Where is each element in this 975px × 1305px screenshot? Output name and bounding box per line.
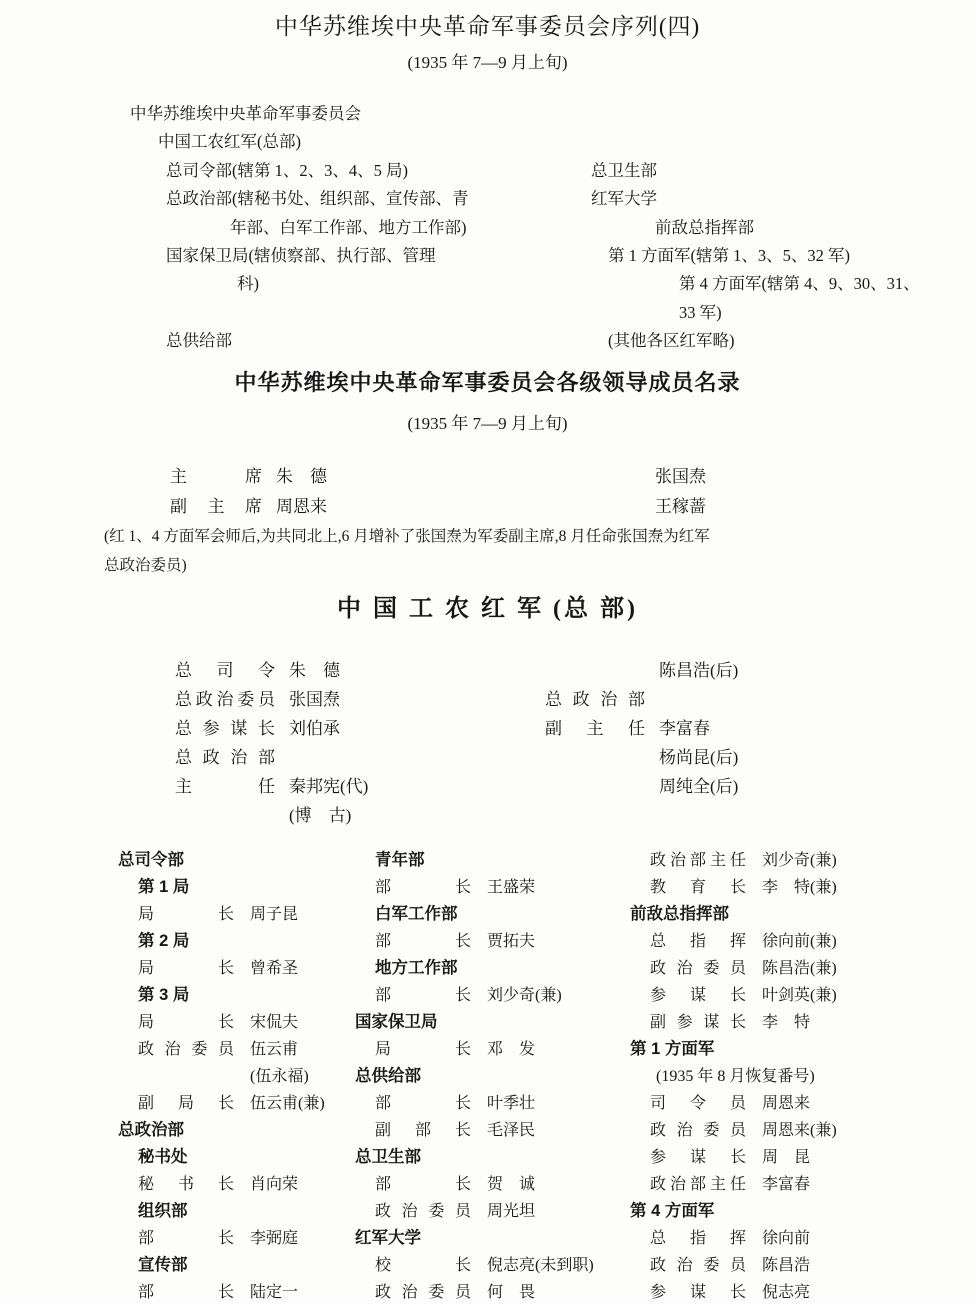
hq-row: 周纯全(后) [545,772,738,801]
roster-post-label: 部 长 [138,1279,234,1305]
org-row: 中华苏维埃中央革命军事委员会 [105,100,935,128]
footnote-line: 总政治委员) [104,551,914,580]
roster-person-name: 贺 诚 [487,1176,535,1193]
roster-post-label: 教 育 长 [650,874,746,901]
roster-column-2: 青年部部 长王盛荣白军工作部部 长贾拓夫地方工作部部 长刘少奇(兼)国家保卫局局… [355,847,627,1305]
hq-person-name: 张国焘 [289,690,340,709]
hq-person-name: 朱 德 [289,661,340,680]
roster-post-label: 局 长 [138,1009,234,1036]
org-right-text: 总卫生部 [591,157,935,185]
org-right-text [583,128,935,156]
roster-entry: 司 令 员周恩来 [630,1090,965,1117]
hq-section-heading: 总 政 治 部 [175,743,275,772]
roster-person-name: 叶剑英(兼) [762,987,837,1004]
roster-post-label: 政 治 委 员 [138,1036,234,1063]
hq-right-column: 陈昌浩(后)总 政 治 部副 主 任李富春杨尚昆(后)周纯全(后) [545,656,738,801]
roster-post-label: 部 长 [375,1171,471,1198]
roster-post-label: 参 谋 长 [650,982,746,1009]
roster-person-name: 陈昌浩(兼) [762,960,837,977]
roster-post-label: 局 长 [375,1036,471,1063]
roster-post-label: 部 长 [375,928,471,955]
roster-subsection-heading: 秘书处 [118,1144,353,1171]
roster-entry: 副 参 谋 长李 特 [630,1009,965,1036]
roster-person-name: 邓 发 [487,1041,535,1058]
roster-post-label: 秘 书 长 [138,1171,234,1198]
roster-title: 中华苏维埃中央革命军事委员会各级领导成员名录 [0,366,975,397]
roster-subsection-heading: 地方工作部 [355,955,627,982]
roster-section-heading: 国家保卫局 [355,1009,627,1036]
org-right-text: 红军大学 [591,185,935,213]
roster-person-name: 刘少奇(兼) [487,987,562,1004]
roster-post-label: 政 治 委 员 [650,1117,746,1144]
hq-left-column: 总 司 令朱 德总政治委员张国焘总 参 谋 长刘伯承总 政 治 部主 任秦邦宪(… [175,656,368,830]
org-row: 中国工农红军(总部) [105,128,935,156]
leader-right-name: 张国焘 [655,462,706,492]
roster-entry: 政 治 委 员伍云甫 [118,1036,353,1063]
roster-subsection-heading: 第 3 局 [118,982,353,1009]
roster-post-label: 部 长 [375,874,471,901]
leader-name: 周恩来 [276,497,327,516]
org-row: 国家保卫局(辖侦察部、执行部、管理第 1 方面军(辖第 1、3、5、32 军) [105,242,935,270]
roster-person-name: 李富春 [762,1176,810,1193]
roster-entry: 政 治 委 员何 畏 [355,1279,627,1305]
chairman-list: 主 席朱 德副 主 席周恩来 [170,462,327,522]
org-left-text: 年部、白军工作部、地方工作部) [105,214,655,242]
roster-entry: 部 长李弼庭 [118,1225,353,1252]
roster-person-name: 倪志亮(未到职) [487,1257,594,1274]
hq-row: (博 古) [175,801,368,830]
roster-post-label: 总 指 挥 [650,928,746,955]
roster-person-name: 李 特(兼) [762,879,837,896]
org-left-text: 中国工农红军(总部) [105,128,583,156]
roster-person-name: 周恩来(兼) [762,1122,837,1139]
footnote: (红 1、4 方面军会师后,为共同北上,6 月增补了张国焘为军委副主席,8 月任… [104,522,914,580]
roster-person-name: 宋侃夫 [250,1014,298,1031]
leader-row: 副 主 席周恩来 [170,492,327,522]
org-left-text: 中华苏维埃中央革命军事委员会 [105,100,555,128]
roster-person-name: 王盛荣 [487,879,535,896]
roster-person-name: 李 特 [762,1014,810,1031]
hq-person-name: 秦邦宪(代) [289,777,368,796]
roster-entry: 参 谋 长叶剑英(兼) [630,982,965,1009]
roster-post-label: 局 长 [138,901,234,928]
roster-person-name: 徐向前 [762,1230,810,1247]
org-right-text [555,100,935,128]
roster-post-label: 局 长 [138,955,234,982]
roster-entry: 局 长邓 发 [355,1036,627,1063]
hq-row: 总 政 治 部 [175,743,368,772]
roster-post-label: 政 治 委 员 [375,1279,471,1305]
roster-person-name: 李弼庭 [250,1230,298,1247]
org-hierarchy-list: 中华苏维埃中央革命军事委员会中国工农红军(总部)总司令部(辖第 1、2、3、4、… [105,100,935,356]
hq-row: 主 任秦邦宪(代) [175,772,368,801]
roster-section-heading: 第 1 方面军 [630,1036,965,1063]
roster-person-name: 周恩来 [762,1095,810,1112]
hq-person-name: 陈昌浩(后) [659,661,738,680]
roster-subsection-heading: 第 1 局 [118,874,353,901]
roster-post-label: 参 谋 长 [650,1144,746,1171]
roster-entry: 参 谋 长倪志亮 [630,1279,965,1305]
roster-entry: 政 治 委 员陈昌浩(兼) [630,955,965,982]
hq-section-title: 中 国 工 农 红 军 (总 部) [0,588,975,623]
roster-entry: 副 部 长毛泽民 [355,1117,627,1144]
roster-person-name: 陈昌浩 [762,1257,810,1274]
roster-entry: 总 指 挥徐向前 [630,1225,965,1252]
roster-section-heading: 前敌总指挥部 [630,901,965,928]
leader-name: 朱 德 [276,467,327,486]
roster-subsection-heading: 组织部 [118,1198,353,1225]
roster-entry: 部 长陆定一 [118,1279,353,1305]
roster-post-label: 部 长 [375,982,471,1009]
roster-post-label: 政 治 委 员 [650,1252,746,1279]
org-right-text: 第 1 方面军(辖第 1、3、5、32 军) [591,242,935,270]
hq-post-label: 副 主 任 [545,714,645,743]
roster-post-label: 参 谋 长 [650,1279,746,1305]
hq-post-label: 总政治委员 [175,685,275,714]
roster-entry: 部 长王盛荣 [355,874,627,901]
hq-row: 副 主 任李富春 [545,714,738,743]
roster-person-name: 毛泽民 [487,1122,535,1139]
hq-person-name: (博 古) [289,806,351,825]
roster-person-name: 徐向前(兼) [762,933,837,950]
roster-entry: 部 长贺 诚 [355,1171,627,1198]
roster-entry: 参 谋 长周 昆 [630,1144,965,1171]
hq-section-heading: 总 政 治 部 [545,685,645,714]
leader-title-label: 副 主 席 [170,492,262,522]
roster-person-name: 肖向荣 [250,1176,298,1193]
roster-entry: 部 长叶季壮 [355,1090,627,1117]
org-row: 科)第 4 方面军(辖第 4、9、30、31、33 军) [105,270,935,327]
roster-post-label: 政治部主任 [650,847,746,874]
roster-section-heading: 总供给部 [355,1063,627,1090]
org-left-text: 总司令部(辖第 1、2、3、4、5 局) [105,157,591,185]
roster-entry: 部 长刘少奇(兼) [355,982,627,1009]
org-row: 总司令部(辖第 1、2、3、4、5 局)总卫生部 [105,157,935,185]
org-right-text: 第 4 方面军(辖第 4、9、30、31、33 军) [662,270,935,327]
hq-post-label: 主 任 [175,772,275,801]
roster-section-heading: 第 4 方面军 [630,1198,965,1225]
roster-entry: 局 长宋侃夫 [118,1009,353,1036]
roster-continuation-name: (伍永福) [118,1063,353,1090]
roster-entry: 政治部主任李富春 [630,1171,965,1198]
hq-row: 杨尚昆(后) [545,743,738,772]
roster-post-label: 总 指 挥 [650,1225,746,1252]
org-left-text: 国家保卫局(辖侦察部、执行部、管理 [105,242,591,270]
roster-post-label: 部 长 [138,1225,234,1252]
hq-person-name: 杨尚昆(后) [659,748,738,767]
page-title: 中华苏维埃中央革命军事委员会序列(四) [0,8,975,41]
roster-section-heading: 总卫生部 [355,1144,627,1171]
roster-person-name: 伍云甫(兼) [250,1095,325,1112]
roster-post-label: 校 长 [375,1252,471,1279]
roster-post-label: 政 治 委 员 [650,955,746,982]
roster-subsection-heading: 宣传部 [118,1252,353,1279]
roster-note: (1935 年 8 月恢复番号) [630,1063,965,1090]
footnote-line: (红 1、4 方面军会师后,为共同北上,6 月增补了张国焘为军委副主席,8 月任… [104,522,914,551]
roster-entry: 局 长曾希圣 [118,955,353,982]
leader-row: 主 席朱 德 [170,462,327,492]
roster-post-label: 政治部主任 [650,1171,746,1198]
page-subtitle-date: (1935 年 7—9 月上旬) [0,48,975,73]
roster-entry: 政治部主任刘少奇(兼) [630,847,965,874]
roster-post-label: 部 长 [375,1090,471,1117]
roster-column-3: 政治部主任刘少奇(兼)教 育 长李 特(兼)前敌总指挥部总 指 挥徐向前(兼)政… [630,847,965,1305]
roster-section-heading: 总政治部 [118,1117,353,1144]
roster-entry: 校 长倪志亮(未到职) [355,1252,627,1279]
roster-person-name: 曾希圣 [250,960,298,977]
roster-post-label: 副 参 谋 长 [650,1009,746,1036]
document-page: 中华苏维埃中央革命军事委员会序列(四) (1935 年 7—9 月上旬) 中华苏… [0,0,975,1305]
hq-person-name: 刘伯承 [289,719,340,738]
roster-subsection-heading: 青年部 [355,847,627,874]
org-row: 总供给部(其他各区红军略) [105,327,935,355]
roster-person-name: 周光坦 [487,1203,535,1220]
hq-post-label: 总 参 谋 长 [175,714,275,743]
roster-subsection-heading: 白军工作部 [355,901,627,928]
roster-subtitle-date: (1935 年 7—9 月上旬) [0,409,975,434]
hq-row: 总政治委员张国焘 [175,685,368,714]
roster-column-1: 总司令部第 1 局局 长周子昆第 2 局局 长曾希圣第 3 局局 长宋侃夫政 治… [118,847,353,1305]
roster-entry: 总 指 挥徐向前(兼) [630,928,965,955]
roster-person-name: 贾拓夫 [487,933,535,950]
org-right-text: 前敌总指挥部 [655,214,935,242]
hq-row: 总 政 治 部 [545,685,738,714]
roster-section-heading: 总司令部 [118,847,353,874]
roster-person-name: 何 畏 [487,1284,535,1301]
roster-post-label: 副 部 长 [375,1117,471,1144]
roster-section-heading: 红军大学 [355,1225,627,1252]
hq-row: 总 司 令朱 德 [175,656,368,685]
roster-entry: 政 治 委 员周恩来(兼) [630,1117,965,1144]
leader-title-label: 主 席 [170,462,262,492]
roster-person-name: 陆定一 [250,1284,298,1301]
hq-person-name: 周纯全(后) [659,777,738,796]
roster-person-name: 倪志亮 [762,1284,810,1301]
roster-entry: 政 治 委 员陈昌浩 [630,1252,965,1279]
roster-entry: 教 育 长李 特(兼) [630,874,965,901]
roster-person-name: 叶季壮 [487,1095,535,1112]
org-left-text: 总政治部(辖秘书处、组织部、宣传部、青 [105,185,591,213]
roster-post-label: 司 令 员 [650,1090,746,1117]
roster-person-name: 伍云甫 [250,1041,298,1058]
hq-row: 总 参 谋 长刘伯承 [175,714,368,743]
roster-subsection-heading: 第 2 局 [118,928,353,955]
roster-entry: 政 治 委 员周光坦 [355,1198,627,1225]
leader-right-name: 王稼蔷 [655,492,706,522]
hq-person-name: 李富春 [659,719,710,738]
hq-row: 陈昌浩(后) [545,656,738,685]
roster-entry: 局 长周子昆 [118,901,353,928]
roster-person-name: 周 昆 [762,1149,810,1166]
roster-entry: 部 长贾拓夫 [355,928,627,955]
org-row: 总政治部(辖秘书处、组织部、宣传部、青红军大学 [105,185,935,213]
chairman-right-names: 张国焘王稼蔷 [655,462,706,522]
hq-post-label: 总 司 令 [175,656,275,685]
org-left-text: 总供给部 [105,327,591,355]
roster-person-name: 刘少奇(兼) [762,852,837,869]
roster-post-label: 政 治 委 员 [375,1198,471,1225]
org-row: 年部、白军工作部、地方工作部)前敌总指挥部 [105,214,935,242]
org-right-text: (其他各区红军略) [591,327,935,355]
roster-entry: 副 局 长伍云甫(兼) [118,1090,353,1117]
org-left-text: 科) [105,270,662,327]
roster-entry: 秘 书 长肖向荣 [118,1171,353,1198]
roster-post-label: 副 局 长 [138,1090,234,1117]
roster-person-name: 周子昆 [250,906,298,923]
